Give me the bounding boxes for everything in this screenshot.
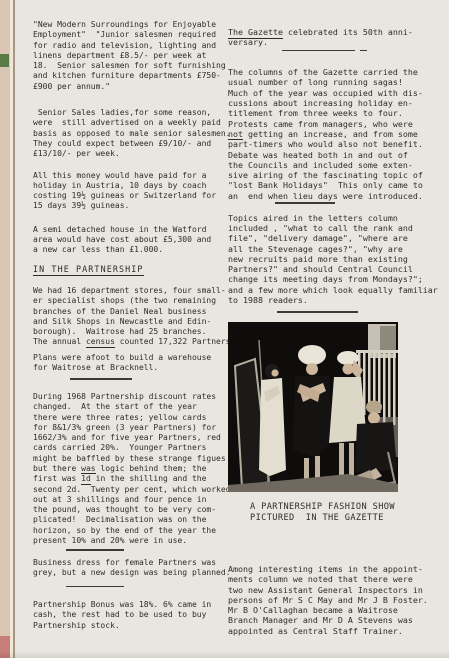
fashion-show-photo [228, 322, 398, 492]
photo-caption: A PARTNERSHIP FASHION SHOW PICTURED IN T… [250, 502, 442, 524]
paragraph-letters-column: Topics aired in the letters column inclu… [228, 213, 442, 306]
scanned-newsletter-page: "New Modern Surroundings for Enjoyable E… [0, 0, 449, 658]
section-divider [70, 378, 132, 380]
section-divider [66, 586, 124, 588]
heading-in-the-partnership: IN THE PARTNERSHIP [33, 264, 235, 274]
heading-text: IN THE PARTNERSHIP [33, 264, 144, 277]
paragraph-appointments: Among interesting items in the appoint- … [228, 564, 442, 636]
paragraph-business-dress: Business dress for female Partners was g… [33, 558, 235, 579]
paragraph-house-prices: A semi detached house in the Watford are… [33, 225, 235, 256]
paragraph-sales-ladies: Senior Sales ladies,for some reason, wer… [33, 108, 235, 159]
paragraph-job-ads: "New Modern Surroundings for Enjoyable E… [33, 20, 235, 92]
paragraph-department-stores: We had 16 department stores, four small-… [33, 286, 235, 348]
paragraph-holiday-costs: All this money would have paid for a hol… [33, 171, 235, 212]
paragraph-gazette-anniversary: The Gazette celebrated its 50th anni- ve… [228, 27, 442, 48]
section-divider [282, 50, 442, 52]
section-divider [277, 311, 358, 313]
paragraph-discount-rates: During 1968 Partnership discount rates c… [33, 392, 235, 546]
paragraph-gazette-columns: The columns of the Gazette carried the u… [228, 67, 442, 201]
left-column: "New Modern Surroundings for Enjoyable E… [33, 20, 235, 631]
page-edge-strip [0, 0, 10, 658]
right-column: The Gazette celebrated its 50th anni- ve… [228, 27, 442, 636]
scan-green-mark [0, 54, 9, 67]
page-edge-line [13, 0, 15, 658]
section-divider [66, 549, 124, 551]
scan-bottom-shade [0, 651, 449, 658]
paragraph-partnership-bonus: Partnership Bonus was 18%. 6% came in ca… [33, 600, 235, 631]
paragraph-warehouse-plans: Plans were afoot to build a warehouse fo… [33, 353, 235, 374]
section-divider [275, 202, 335, 204]
